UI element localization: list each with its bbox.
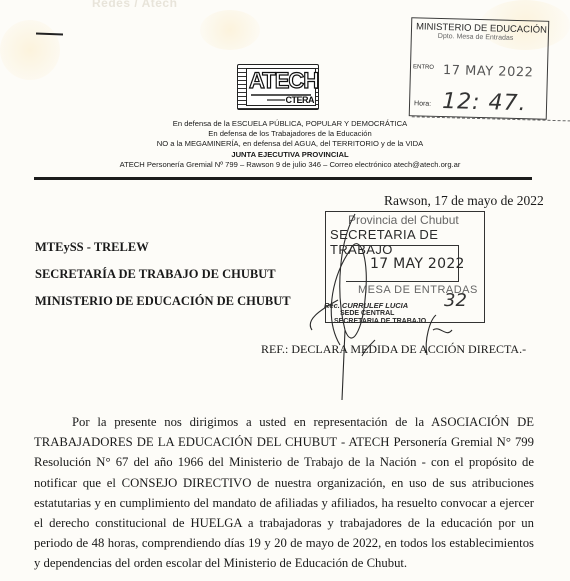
stamp-received-by: Rec. CURRULEF LUCIA [324, 301, 408, 310]
stamp-date: 17 MAY 2022 [443, 63, 534, 80]
recipient: MINISTERIO DE EDUCACIÓN DE CHUBUT [35, 288, 291, 315]
letterhead-divider [34, 177, 532, 180]
stamp-line: SEDE CENTRAL [340, 310, 394, 317]
stamp-secretaria-trabajo: Provincia del Chubut SECRETARIA DE TRABA… [325, 211, 485, 323]
reference-line: REF.: DECLARA MEDIDA DE ACCIÓN DIRECTA.- [261, 342, 526, 357]
stamp-date: 17 MAY 2022 [370, 256, 465, 272]
stamp-line: SECRETARIA DE TRABAJO [334, 318, 426, 325]
stamp-time-label: Hora: [414, 100, 431, 107]
stamp-subtitle: Dpto. Mesa de Entradas [438, 33, 514, 42]
handwritten-number: 32 [444, 290, 467, 311]
logo-ctera: CTERA [286, 95, 315, 105]
faint-header-text: Redes / Atech [92, 0, 177, 10]
recipients: MTEySS - TRELEW SECRETARÍA DE TRABAJO DE… [35, 234, 291, 315]
recipient: MTEySS - TRELEW [35, 234, 291, 261]
paper-stain [0, 20, 60, 80]
letter-body: Por la presente nos dirigimos a usted en… [34, 412, 534, 574]
letterhead-line: En defensa de los Trabajadores de la Edu… [100, 129, 480, 139]
letterhead-line: NO a la MEGAMINERÍA, en defensa del AGUA… [100, 139, 480, 149]
letterhead-board: JUNTA EJECUTIVA PROVINCIAL [100, 150, 480, 160]
atech-logo: ATECH CTERA [237, 64, 319, 110]
letterhead-line: En defensa de la ESCUELA PÚBLICA, POPULA… [100, 119, 480, 129]
paper-stain [200, 10, 260, 50]
letterhead-contact: ATECH Personería Gremial Nº 799 – Rawson… [100, 160, 480, 170]
stamp-entry-label: ENTRO [413, 64, 434, 71]
logo-subtitle-line [267, 99, 285, 101]
logo-wordmark: ATECH [249, 69, 315, 93]
stamp-time-handwritten: 12: 47. [442, 89, 527, 116]
letterhead: En defensa de la ESCUELA PÚBLICA, POPULA… [100, 119, 480, 170]
letter-date: Rawson, 17 de mayo de 2022 [384, 193, 544, 209]
letter-body-text: Por la presente nos dirigimos a usted en… [34, 415, 534, 570]
recipient: SECRETARÍA DE TRABAJO DE CHUBUT [35, 261, 291, 288]
stamp-line: Provincia del Chubut [348, 213, 459, 227]
stamp-ministerio-educacion: MINISTERIO DE EDUCACIÓN Dpto. Mesa de En… [409, 17, 550, 120]
